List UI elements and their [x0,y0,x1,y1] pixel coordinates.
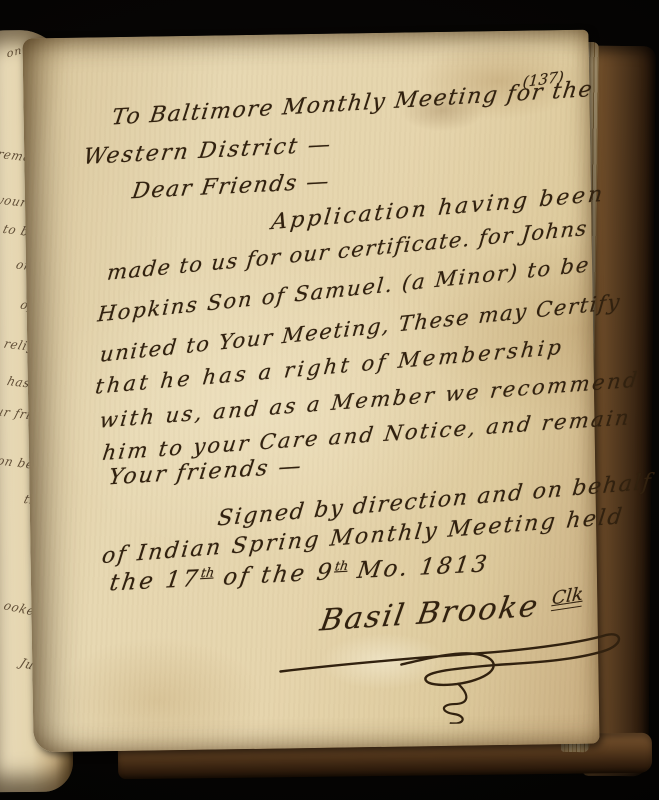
signature-flourish [278,617,628,726]
letter-address-line: To Baltimore Monthly Meeting for the [110,77,595,130]
book-photo: on the removed your Mee to be joi on her… [0,0,659,800]
date-text: Mo. 1813 [346,551,491,584]
letter-address-line: Western District — [82,132,334,170]
date-text: the 17 [108,566,202,597]
letter-salutation: Dear Friends — [130,169,331,204]
date-text: of the 9 [212,559,336,591]
manuscript-page: (137) To Baltimore Monthly Meeting for t… [22,30,599,753]
signature-title: Clk [551,584,584,612]
